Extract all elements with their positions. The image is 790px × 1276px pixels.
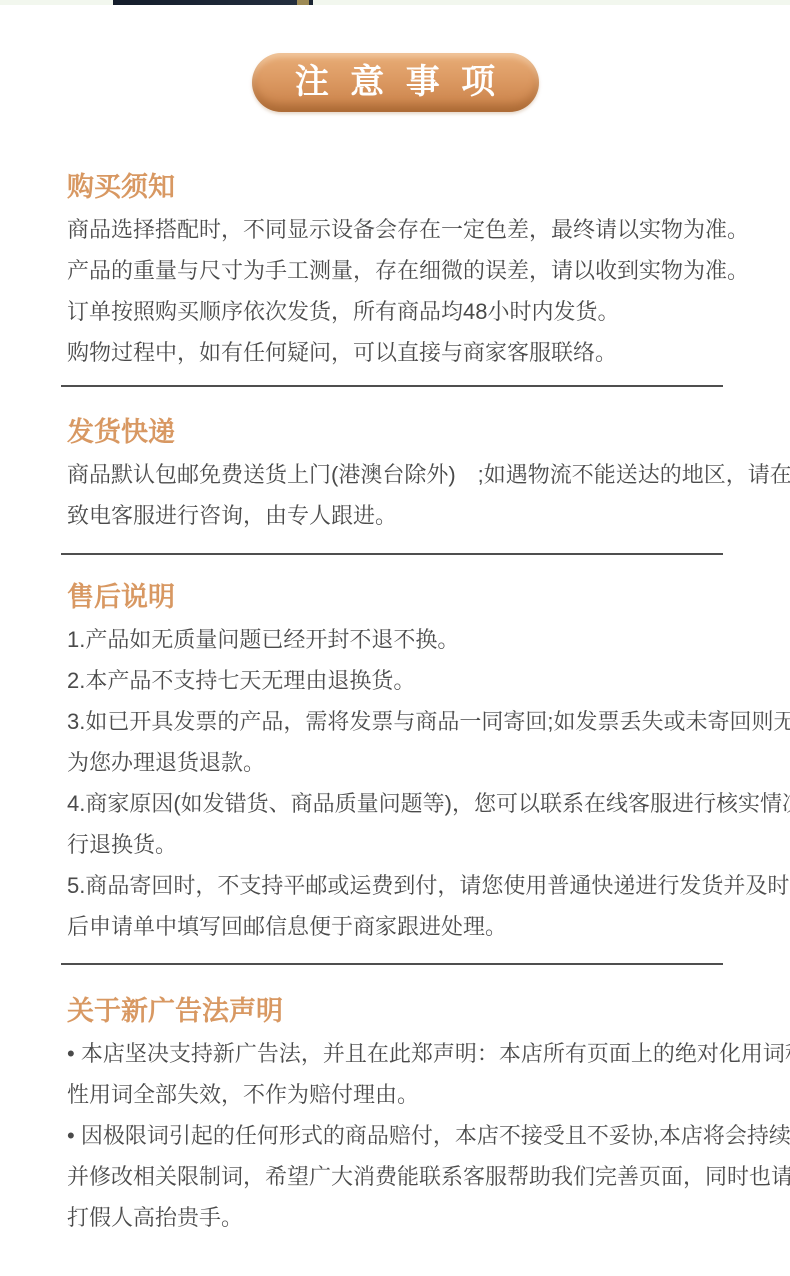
paragraph-line: 5.商品寄回时，不支持平邮或运费到付，请您使用普通快递进行发货并及时在售: [67, 865, 724, 906]
paragraph-line: • 因极限词引起的任何形式的商品赔付，本店不接受且不妥协,本店将会持续排查: [67, 1115, 724, 1156]
section-divider: [61, 385, 723, 387]
paragraph-line: 致电客服进行咨询，由专人跟进。: [67, 495, 724, 536]
section-heading-aftersales: 售后说明: [67, 583, 724, 611]
paragraph-line: 行退换货。: [67, 824, 724, 865]
paragraph-line: 为您办理退货退款。: [67, 742, 724, 783]
notice-content: 购买须知 商品选择搭配时，不同显示设备会存在一定色差，最终请以实物为准。 产品的…: [67, 112, 724, 1238]
paragraph-line: 1.产品如无质量问题已经开封不退不换。: [67, 619, 724, 660]
paragraph-line: 4.商家原因(如发错货、商品质量问题等)，您可以联系在线客服进行核实情况，进: [67, 783, 724, 824]
paragraph-line: 商品默认包邮免费送货上门(港澳台除外) ;如遇物流不能送达的地区，请在线或: [67, 454, 724, 495]
section-divider: [61, 553, 723, 555]
notice-page: 注 意 事 项 购买须知 商品选择搭配时，不同显示设备会存在一定色差，最终请以实…: [0, 0, 790, 1276]
paragraph-line: • 本店坚决支持新广告法，并且在此郑声明：本店所有页面上的绝对化用词和功能: [67, 1033, 724, 1074]
paragraph-line: 产品的重量与尺寸为手工测量，存在细微的误差，请以收到实物为准。: [67, 250, 724, 291]
section-shipping: 商品默认包邮免费送货上门(港澳台除外) ;如遇物流不能送达的地区，请在线或 致电…: [67, 454, 724, 536]
paragraph-line: 性用词全部失效，不作为赔付理由。: [67, 1074, 724, 1115]
paragraph-line: 后申请单中填写回邮信息便于商家跟进处理。: [67, 906, 724, 947]
section-aftersales: 1.产品如无质量问题已经开封不退不换。 2.本产品不支持七天无理由退换货。 3.…: [67, 619, 724, 947]
paragraph-line: 订单按照购买顺序依次发货，所有商品均48小时内发货。: [67, 291, 724, 332]
paragraph-line: 3.如已开具发票的产品，需将发票与商品一同寄回;如发票丢失或未寄回则无法: [67, 701, 724, 742]
section-ad-law: • 本店坚决支持新广告法，并且在此郑声明：本店所有页面上的绝对化用词和功能 性用…: [67, 1033, 724, 1238]
section-heading-purchase-notes: 购买须知: [67, 173, 724, 201]
paragraph-line: 商品选择搭配时，不同显示设备会存在一定色差，最终请以实物为准。: [67, 209, 724, 250]
photo-accent-detail: [297, 0, 309, 5]
paragraph-line: 2.本产品不支持七天无理由退换货。: [67, 660, 724, 701]
paragraph-line: 并修改相关限制词，希望广大消费能联系客服帮助我们完善页面，同时也请职业: [67, 1156, 724, 1197]
section-divider: [61, 963, 723, 965]
product-photo-sliver: [113, 0, 313, 5]
section-heading-shipping: 发货快递: [67, 418, 724, 446]
paragraph-line: 打假人高抬贵手。: [67, 1197, 724, 1238]
section-heading-ad-law: 关于新广告法声明: [67, 997, 724, 1025]
previous-section-band: [0, 0, 790, 5]
notice-banner: 注 意 事 项: [252, 53, 539, 112]
section-purchase-notes: 商品选择搭配时，不同显示设备会存在一定色差，最终请以实物为准。 产品的重量与尺寸…: [67, 209, 724, 373]
paragraph-line: 购物过程中，如有任何疑问，可以直接与商家客服联络。: [67, 332, 724, 373]
notice-banner-row: 注 意 事 项: [0, 53, 790, 112]
